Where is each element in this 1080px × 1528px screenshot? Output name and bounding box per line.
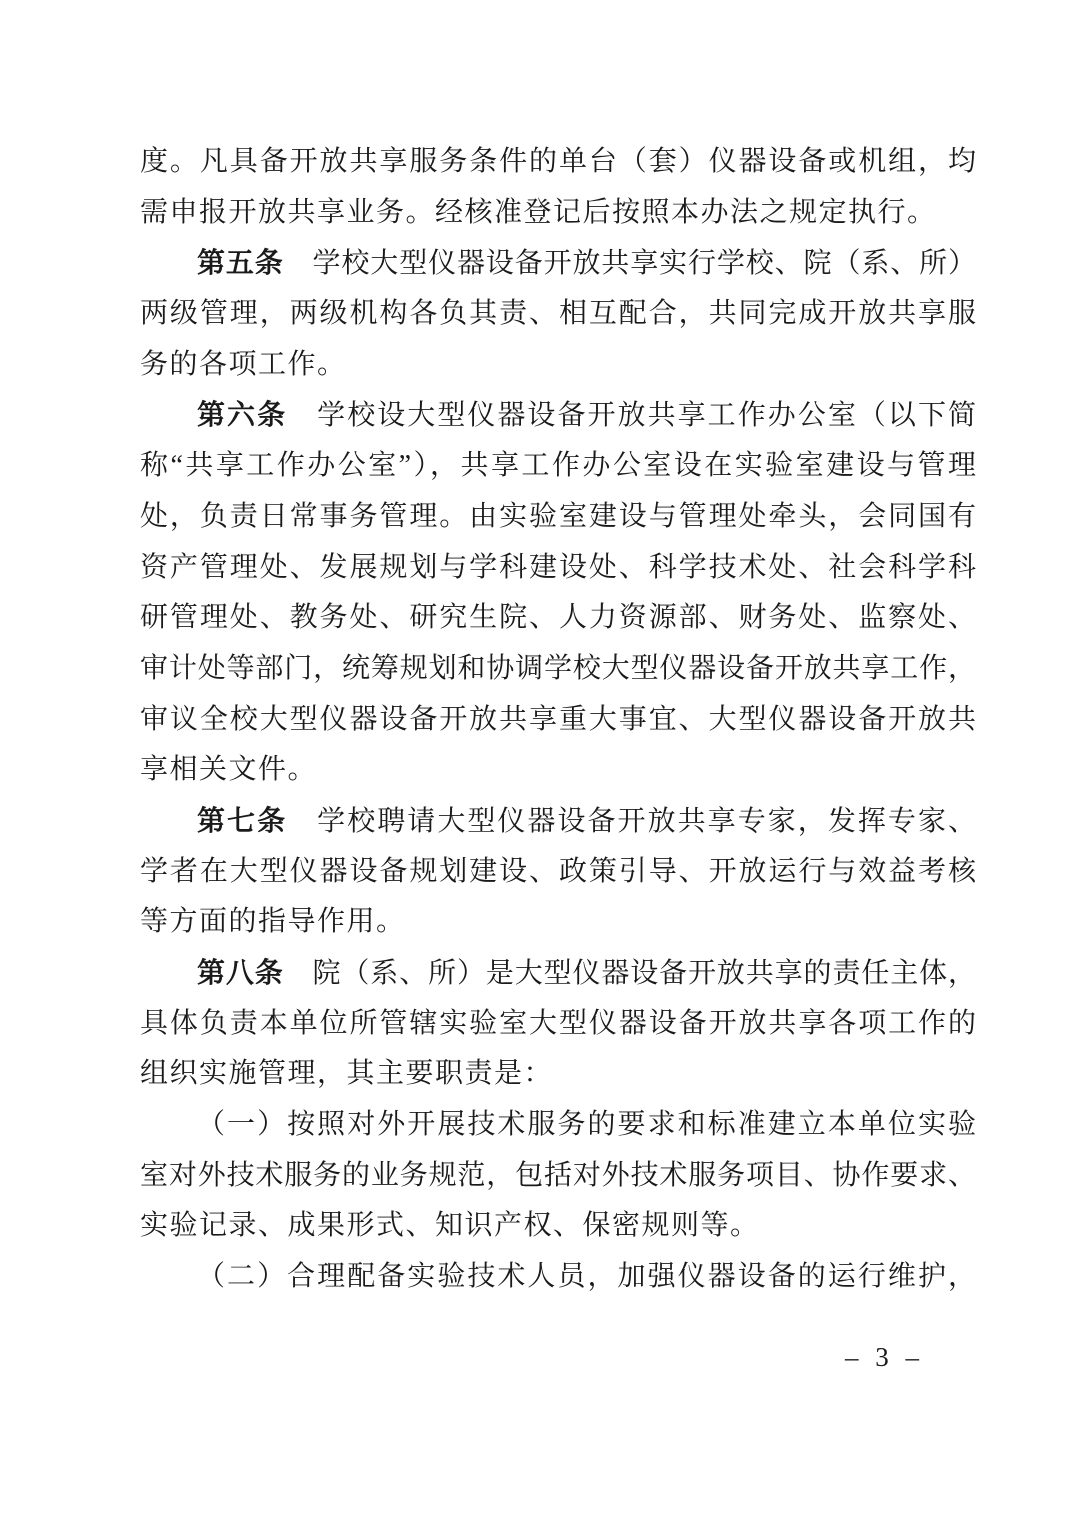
text-line: 研管理处、教务处、研究生院、人力资源部、财务处、监察处、	[140, 593, 976, 644]
text-line: 两级管理，两级机构各负其责、相互配合，共同完成开放共享服	[140, 289, 976, 340]
text-line: 组织实施管理，其主要职责是：	[140, 1049, 976, 1100]
text-line: 第六条 学校设大型仪器设备开放共享工作办公室（以下简	[140, 390, 976, 441]
text-line: 第七条 学校聘请大型仪器设备开放共享专家，发挥专家、	[140, 796, 976, 847]
text-line: 室对外技术服务的业务规范，包括对外技术服务项目、协作要求、	[140, 1151, 976, 1202]
text-line: 务的各项工作。	[140, 340, 976, 391]
page-number: – 3 –	[845, 1342, 924, 1373]
text-line: （二）合理配备实验技术人员，加强仪器设备的运行维护，	[140, 1252, 976, 1303]
text-line: （一）按照对外开展技术服务的要求和标准建立本单位实验	[140, 1100, 976, 1151]
text-line: 等方面的指导作用。	[140, 897, 976, 948]
text-line: 资产管理处、发展规划与学科建设处、科学技术处、社会科学科	[140, 543, 976, 594]
article-number: 第八条	[197, 957, 284, 988]
text-line: 实验记录、成果形式、知识产权、保密规则等。	[140, 1201, 976, 1252]
text-line: 审计处等部门，统筹规划和协调学校大型仪器设备开放共享工作，	[140, 644, 976, 695]
text-line: 第八条 院（系、所）是大型仪器设备开放共享的责任主体，	[140, 948, 976, 999]
text-line: 审议全校大型仪器设备开放共享重大事宜、大型仪器设备开放共	[140, 695, 976, 746]
article-number: 第七条	[197, 805, 287, 836]
text-line: 学者在大型仪器设备规划建设、政策引导、开放运行与效益考核	[140, 847, 976, 898]
text-line: 享相关文件。	[140, 745, 976, 796]
text-line: 具体负责本单位所管辖实验室大型仪器设备开放共享各项工作的	[140, 999, 976, 1050]
article-number: 第五条	[197, 247, 284, 278]
text-line: 需申报开放共享业务。经核准登记后按照本办法之规定执行。	[140, 188, 976, 239]
text-line: 称“共享工作办公室”），共享工作办公室设在实验室建设与管理	[140, 441, 976, 492]
document-page: 度。凡具备开放共享服务条件的单台（套）仪器设备或机组，均需申报开放共享业务。经核…	[0, 0, 1080, 1528]
document-body: 度。凡具备开放共享服务条件的单台（套）仪器设备或机组，均需申报开放共享业务。经核…	[140, 137, 976, 1303]
text-line: 第五条 学校大型仪器设备开放共享实行学校、院（系、所）	[140, 238, 976, 289]
text-line: 处，负责日常事务管理。由实验室建设与管理处牵头，会同国有	[140, 492, 976, 543]
text-line: 度。凡具备开放共享服务条件的单台（套）仪器设备或机组，均	[140, 137, 976, 188]
article-number: 第六条	[197, 399, 287, 430]
